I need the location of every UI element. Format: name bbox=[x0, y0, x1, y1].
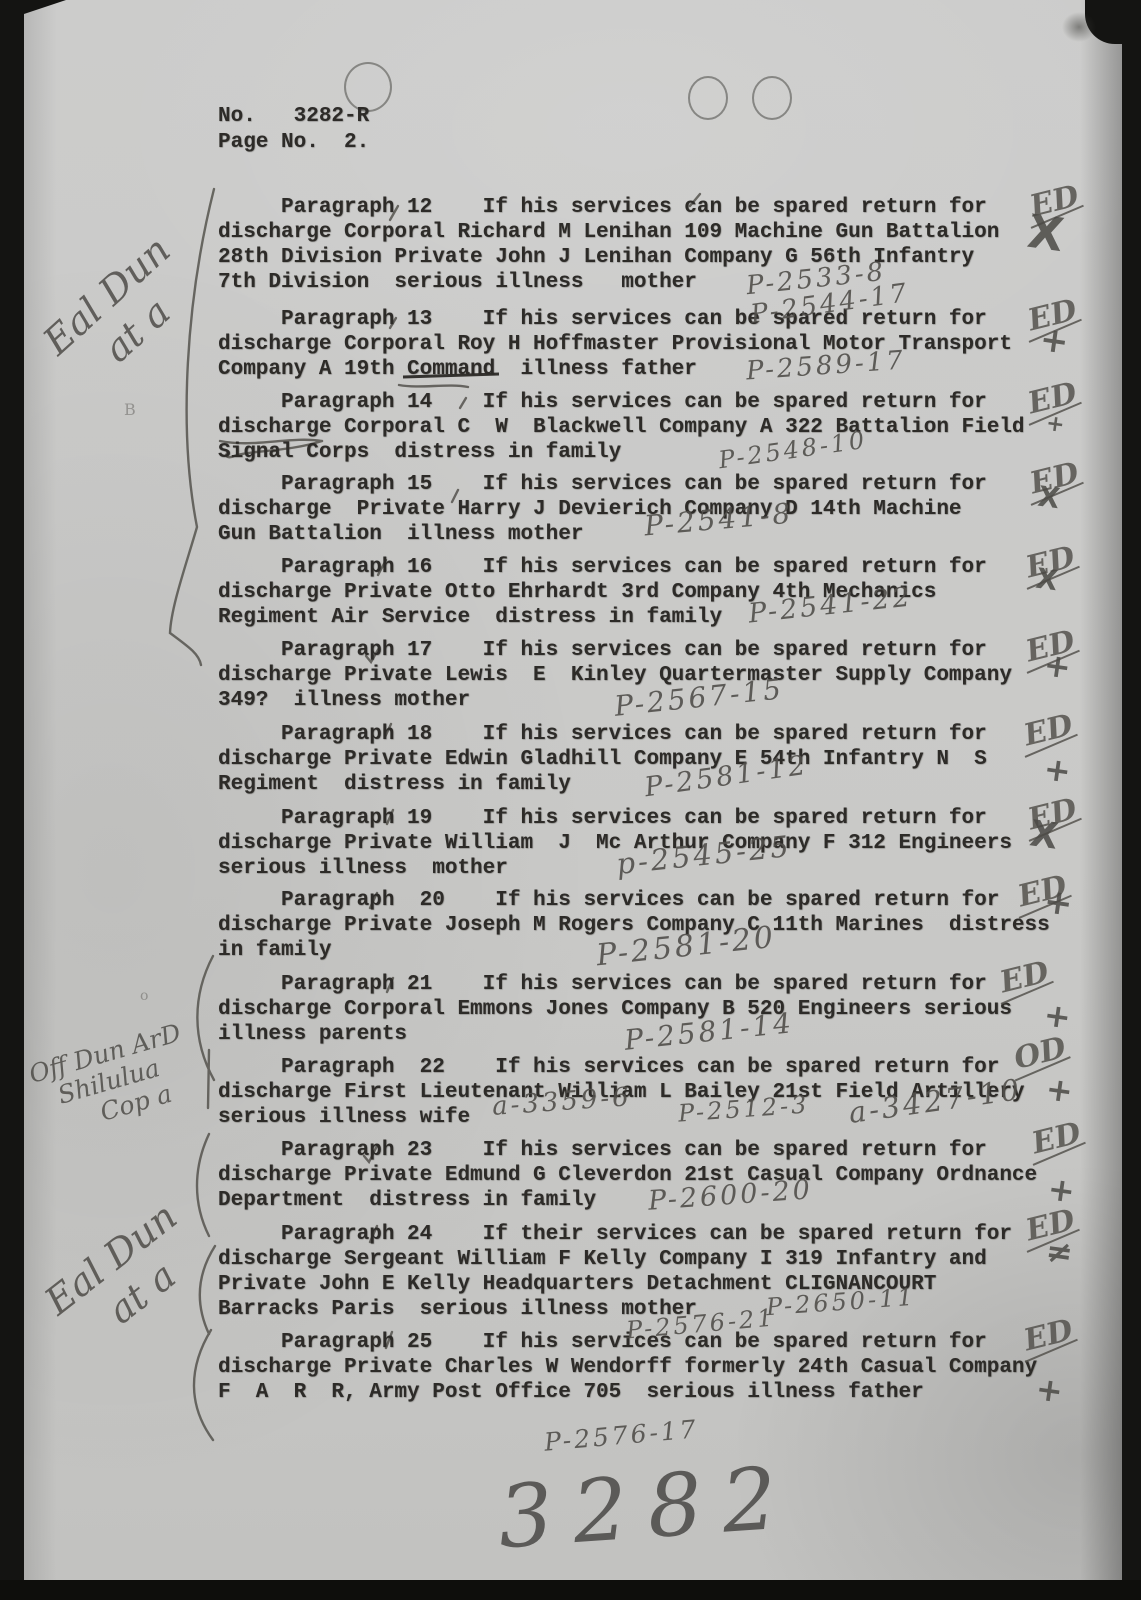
typed-line: discharge Sergeant William F Kelly Compa… bbox=[218, 1247, 1012, 1272]
doc-number: No. 3282-R bbox=[218, 104, 369, 129]
faint-pencil-mark: o bbox=[140, 988, 148, 1004]
paragraph-19: Paragraph 19 If his services can be spar… bbox=[218, 806, 1012, 881]
typed-line: Paragraph 19 If his services can be spar… bbox=[218, 806, 1012, 831]
typed-line: F A R R, Army Post Office 705 serious il… bbox=[218, 1380, 1037, 1405]
typed-line: Paragraph 12 If his services can be spar… bbox=[218, 195, 999, 220]
typed-line: Paragraph 21 If his services can be spar… bbox=[218, 972, 1012, 997]
scanned-document-page: No. 3282-R Page No. 2. Paragraph 12 If h… bbox=[0, 0, 1141, 1600]
margin-check-symbol: + bbox=[1046, 1172, 1077, 1207]
scan-edge-bottom bbox=[0, 1580, 1141, 1600]
typed-line: Signal Corps distress in family bbox=[218, 440, 1025, 465]
punch-hole bbox=[752, 76, 792, 120]
typed-line: Paragraph 15 If his services can be spar… bbox=[218, 472, 987, 497]
corner-smudge bbox=[1062, 12, 1096, 42]
typed-line: discharge Private Edwin Gladhill Company… bbox=[218, 747, 987, 772]
typed-line: discharge Corporal Richard M Lenihan 109… bbox=[218, 220, 999, 245]
typed-line: Paragraph 24 If their services can be sp… bbox=[218, 1222, 1012, 1247]
typed-line: Paragraph 13 If his services can be spar… bbox=[218, 307, 1012, 332]
faint-pencil-mark: B bbox=[124, 400, 136, 419]
scan-edge-left bbox=[0, 0, 24, 1600]
margin-check-symbol: ≠ bbox=[1044, 1234, 1075, 1269]
typed-line: serious illness mother bbox=[218, 856, 1012, 881]
margin-check-symbol: + bbox=[1042, 648, 1073, 683]
page-number: Page No. 2. bbox=[218, 130, 369, 155]
typed-line: Paragraph 17 If his services can be spar… bbox=[218, 638, 1012, 663]
paragraph-23: Paragraph 23 If his services can be spar… bbox=[218, 1138, 1037, 1213]
paragraph-21: Paragraph 21 If his services can be spar… bbox=[218, 972, 1012, 1047]
typed-line: discharge Corporal Emmons Jones Company … bbox=[218, 997, 1012, 1022]
typed-line: Paragraph 23 If his services can be spar… bbox=[218, 1138, 1037, 1163]
margin-check-symbol: X bbox=[1028, 816, 1061, 856]
margin-check-symbol: + bbox=[1044, 1072, 1075, 1107]
punch-hole bbox=[688, 76, 728, 120]
paragraph-14: Paragraph 14 If his services can be spar… bbox=[218, 390, 1025, 465]
typed-line: Paragraph 16 If his services can be spar… bbox=[218, 555, 987, 580]
typed-line: discharge Private Harry J Devierich Comp… bbox=[218, 497, 987, 522]
margin-check-symbol: + bbox=[1042, 998, 1073, 1033]
margin-check-symbol: + bbox=[1045, 413, 1066, 437]
typed-line: discharge Corporal C W Blackwell Company… bbox=[218, 415, 1025, 440]
margin-check-symbol: + bbox=[1038, 322, 1071, 360]
typed-line: Paragraph 22 If his services can be spar… bbox=[218, 1055, 1025, 1080]
typed-line: Gun Battalion illness mother bbox=[218, 522, 987, 547]
margin-check-symbol: X bbox=[1025, 208, 1067, 258]
margin-check-symbol: X bbox=[1034, 565, 1059, 596]
typed-line: Regiment distress in family bbox=[218, 772, 987, 797]
bottom-page-number: 3282 bbox=[495, 1448, 800, 1569]
margin-check-symbol: X bbox=[1036, 483, 1061, 514]
margin-check-symbol: + bbox=[1042, 752, 1073, 787]
paragraph-15: Paragraph 15 If his services can be spar… bbox=[218, 472, 987, 547]
typed-line: illness parents bbox=[218, 1022, 1012, 1047]
typed-line: Paragraph 18 If his services can be spar… bbox=[218, 722, 987, 747]
typed-line: Paragraph 20 If his services can be spar… bbox=[218, 888, 1050, 913]
typed-line: discharge Private Lewis E Kinley Quarter… bbox=[218, 663, 1012, 688]
paragraph-18: Paragraph 18 If his services can be spar… bbox=[218, 722, 987, 797]
typed-line: Department distress in family bbox=[218, 1188, 1037, 1213]
margin-check-symbol: + bbox=[1034, 1372, 1065, 1407]
typed-line: discharge Private Edmund G Cleverdon 21s… bbox=[218, 1163, 1037, 1188]
scan-edge-right bbox=[1122, 0, 1141, 1600]
typed-line: Paragraph 14 If his services can be spar… bbox=[218, 390, 1025, 415]
typed-line: discharge Private Charles W Wendorff for… bbox=[218, 1355, 1037, 1380]
margin-check-symbol: + bbox=[1042, 884, 1075, 922]
scan-corner-top-left bbox=[24, 0, 66, 14]
